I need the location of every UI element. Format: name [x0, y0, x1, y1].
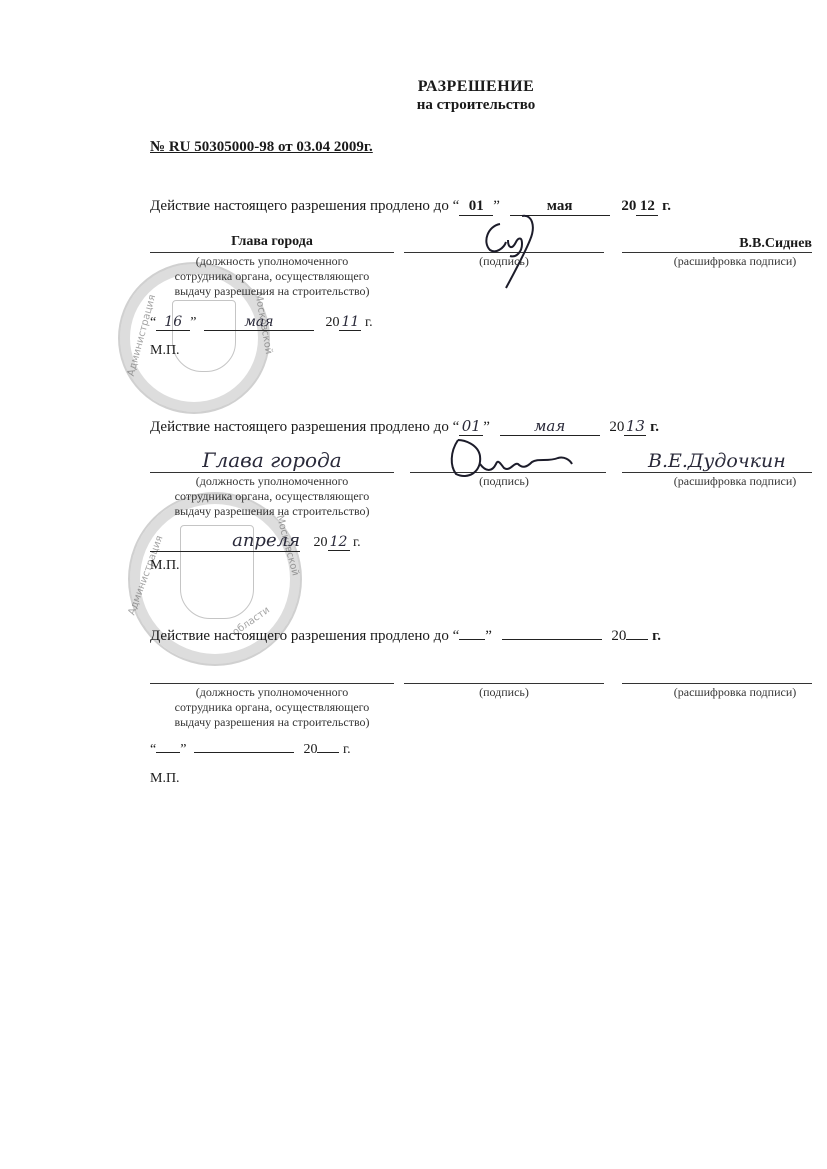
year-prefix: 20	[303, 742, 317, 757]
position-caption: (должность уполномоченного сотрудника ор…	[150, 685, 394, 730]
issue-day: 16	[156, 314, 190, 331]
extension-year: 12	[636, 198, 658, 216]
year-prefix: 20	[621, 198, 636, 214]
coat-of-arms-emblem-1	[172, 300, 236, 372]
seal-place-label: М.П.	[150, 771, 180, 787]
name-line	[622, 252, 812, 253]
seal-place-label: М.П.	[150, 558, 180, 574]
name-line[interactable]	[622, 683, 812, 684]
position-line	[150, 252, 394, 253]
name-caption: (расшифровка подписи)	[660, 254, 810, 269]
quote: ”	[485, 628, 492, 644]
issue-year: 12	[328, 534, 350, 551]
signer-name-handwritten: В.Е.Дудочкин	[648, 450, 786, 472]
year-end: г.	[361, 315, 372, 330]
extension-text: Действие настоящего разрешения продлено …	[150, 198, 459, 214]
issue-date-1: “16” мая 2011 г.	[150, 314, 373, 331]
position-line	[150, 472, 394, 473]
extension-3-line: Действие настоящего разрешения продлено …	[150, 628, 661, 645]
seal-place-label: М.П.	[150, 343, 180, 359]
year-end: г.	[339, 742, 350, 757]
position-title: Глава города	[150, 234, 394, 250]
year-prefix: 20	[325, 315, 339, 330]
position-caption: (должность уполномоченного сотрудника ор…	[150, 254, 394, 299]
extension-year[interactable]	[626, 639, 648, 640]
extension-1-line: Действие настоящего разрешения продлено …	[150, 198, 671, 216]
issue-month[interactable]	[194, 752, 294, 753]
permit-number: № RU 50305000-98 от 03.04 2009г.	[150, 139, 373, 156]
extension-text: Действие настоящего разрешения продлено …	[150, 419, 459, 435]
permit-extension-page: РАЗРЕШЕНИЕ на строительство № RU 5030500…	[0, 0, 827, 1169]
signature-caption: (подпись)	[404, 685, 604, 700]
extension-day[interactable]	[459, 639, 485, 640]
name-line	[622, 472, 812, 473]
position-title-handwritten: Глава города	[150, 448, 394, 472]
position-line[interactable]	[150, 683, 394, 684]
issue-date-2: апреля 2012 г.	[150, 530, 361, 552]
year-prefix: 20	[314, 535, 328, 550]
document-subtitle: на строительство	[0, 97, 827, 114]
year-prefix: 20	[611, 628, 626, 644]
name-caption: (расшифровка подписи)	[660, 474, 810, 489]
position-caption: (должность уполномоченного сотрудника ор…	[150, 474, 394, 519]
issue-day[interactable]	[156, 752, 180, 753]
extension-month[interactable]	[502, 639, 602, 640]
issue-year[interactable]	[317, 752, 339, 753]
year-end: г.	[658, 198, 671, 214]
signature-line[interactable]	[404, 683, 604, 684]
extension-year: 13	[624, 417, 646, 436]
year-prefix: 20	[609, 419, 624, 435]
extension-text: Действие настоящего разрешения продлено …	[150, 628, 459, 644]
signature-caption: (подпись)	[404, 474, 604, 489]
year-end: г.	[646, 419, 659, 435]
signature-caption: (подпись)	[404, 254, 604, 269]
document-title: РАЗРЕШЕНИЕ	[0, 78, 827, 96]
year-end: г.	[350, 535, 361, 550]
name-caption: (расшифровка подписи)	[660, 685, 810, 700]
issue-day-month: апреля	[150, 530, 300, 552]
issue-date-3: “” 20 г.	[150, 742, 351, 758]
signer-name: В.В.Сиднев	[622, 236, 812, 252]
year-end: г.	[648, 628, 661, 644]
issue-month: мая	[204, 314, 314, 331]
issue-year: 11	[339, 314, 361, 331]
